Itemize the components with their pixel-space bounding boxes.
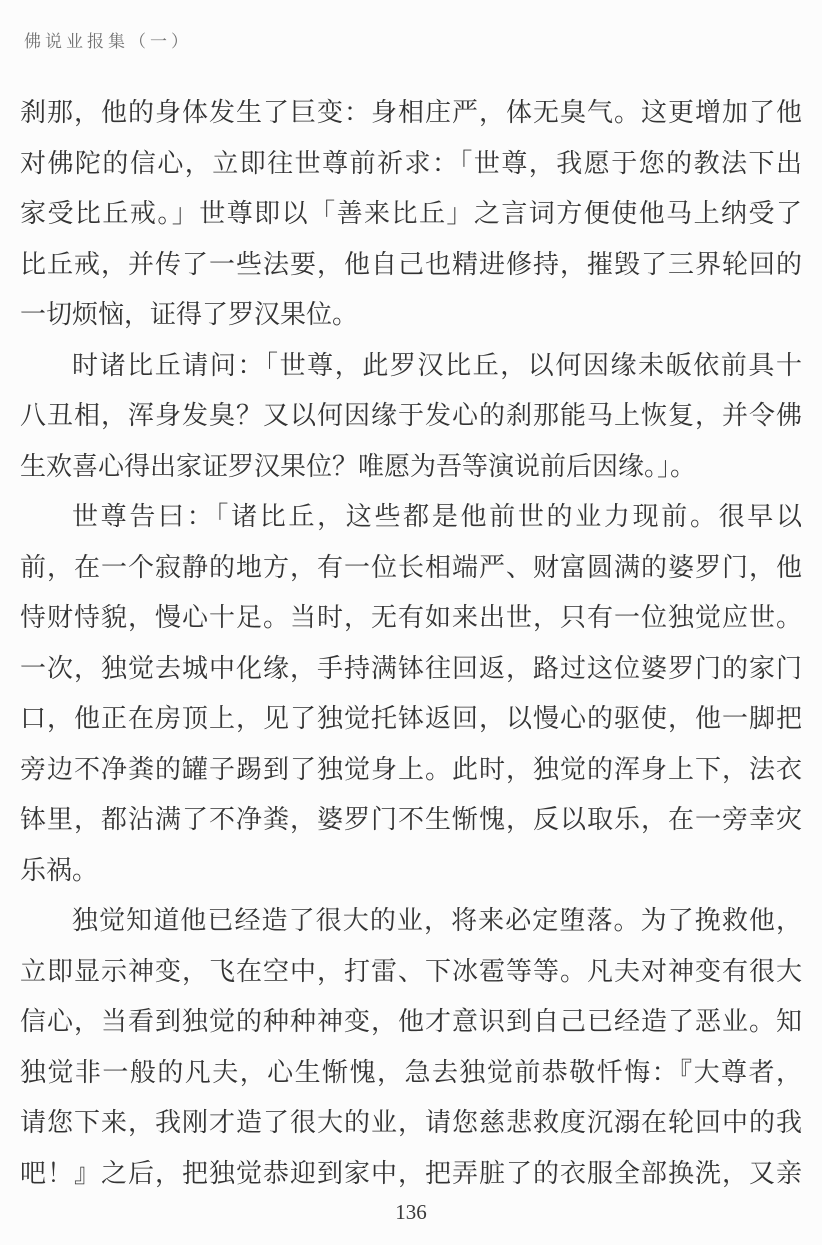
text-line: 一切烦恼，证得了罗汉果位。: [20, 290, 802, 341]
running-header-title: 佛说业报集（一）: [24, 27, 192, 52]
paragraph: 独觉知道他已经造了很大的业，将来必定堕落。为了挽救他，立即显示神变，飞在空中，打…: [20, 896, 802, 1199]
text-line: 刹那，他的身体发生了巨变：身相庄严，体无臭气。这更增加了他: [20, 88, 802, 139]
paragraph: 时诸比丘请问：「世尊，此罗汉比丘，以何因缘未皈依前具十八丑相，浑身发臭？又以何因…: [20, 341, 802, 493]
text-line: 八丑相，浑身发臭？又以何因缘于发心的刹那能马上恢复，并令佛: [20, 391, 802, 442]
text-line: 旁边不净粪的罐子踢到了独觉身上。此时，独觉的浑身上下，法衣: [20, 745, 802, 796]
text-line: 独觉知道他已经造了很大的业，将来必定堕落。为了挽救他，: [20, 896, 802, 947]
text-line: 信心，当看到独觉的种种神变，他才意识到自己已经造了恶业。知: [20, 997, 802, 1048]
text-line: 钵里，都沾满了不净粪，婆罗门不生惭愧，反以取乐，在一旁幸灾: [20, 795, 802, 846]
text-line: 独觉非一般的凡夫，心生惭愧，急去独觉前恭敬忏悔：『大尊者，: [20, 1048, 802, 1099]
text-line: 前，在一个寂静的地方，有一位长相端严、财富圆满的婆罗门，他: [20, 543, 802, 594]
text-line: 一次，独觉去城中化缘，手持满钵往回返，路过这位婆罗门的家门: [20, 644, 802, 695]
page-number: 136: [0, 1200, 822, 1225]
text-line: 口，他正在房顶上，见了独觉托钵返回，以慢心的驱使，他一脚把: [20, 694, 802, 745]
scanned-book-page: { "page": { "header": "佛说业报集（一）", "page_…: [0, 0, 822, 1245]
paragraph: 世尊告曰：「诸比丘，这些都是他前世的业力现前。很早以前，在一个寂静的地方，有一位…: [20, 492, 802, 896]
text-line: 立即显示神变，飞在空中，打雷、下冰雹等等。凡夫对神变有很大: [20, 947, 802, 998]
body-text-block: 刹那，他的身体发生了巨变：身相庄严，体无臭气。这更增加了他对佛陀的信心，立即往世…: [20, 88, 802, 1199]
text-line: 家受比丘戒。」世尊即以「善来比丘」之言词方便使他马上纳受了: [20, 189, 802, 240]
text-line: 生欢喜心得出家证罗汉果位？唯愿为吾等演说前后因缘。」。: [20, 442, 802, 493]
text-line: 乐祸。: [20, 846, 802, 897]
text-line: 比丘戒，并传了一些法要，他自己也精进修持，摧毁了三界轮回的: [20, 240, 802, 291]
text-line: 对佛陀的信心，立即往世尊前祈求：「世尊，我愿于您的教法下出: [20, 139, 802, 190]
text-line: 恃财恃貌，慢心十足。当时，无有如来出世，只有一位独觉应世。: [20, 593, 802, 644]
paragraph: 刹那，他的身体发生了巨变：身相庄严，体无臭气。这更增加了他对佛陀的信心，立即往世…: [20, 88, 802, 341]
text-line: 吧！』之后，把独觉恭迎到家中，把弄脏了的衣服全部换洗，又亲: [20, 1149, 802, 1200]
text-line: 请您下来，我刚才造了很大的业，请您慈悲救度沉溺在轮回中的我: [20, 1098, 802, 1149]
text-line: 时诸比丘请问：「世尊，此罗汉比丘，以何因缘未皈依前具十: [20, 341, 802, 392]
text-line: 世尊告曰：「诸比丘，这些都是他前世的业力现前。很早以: [20, 492, 802, 543]
